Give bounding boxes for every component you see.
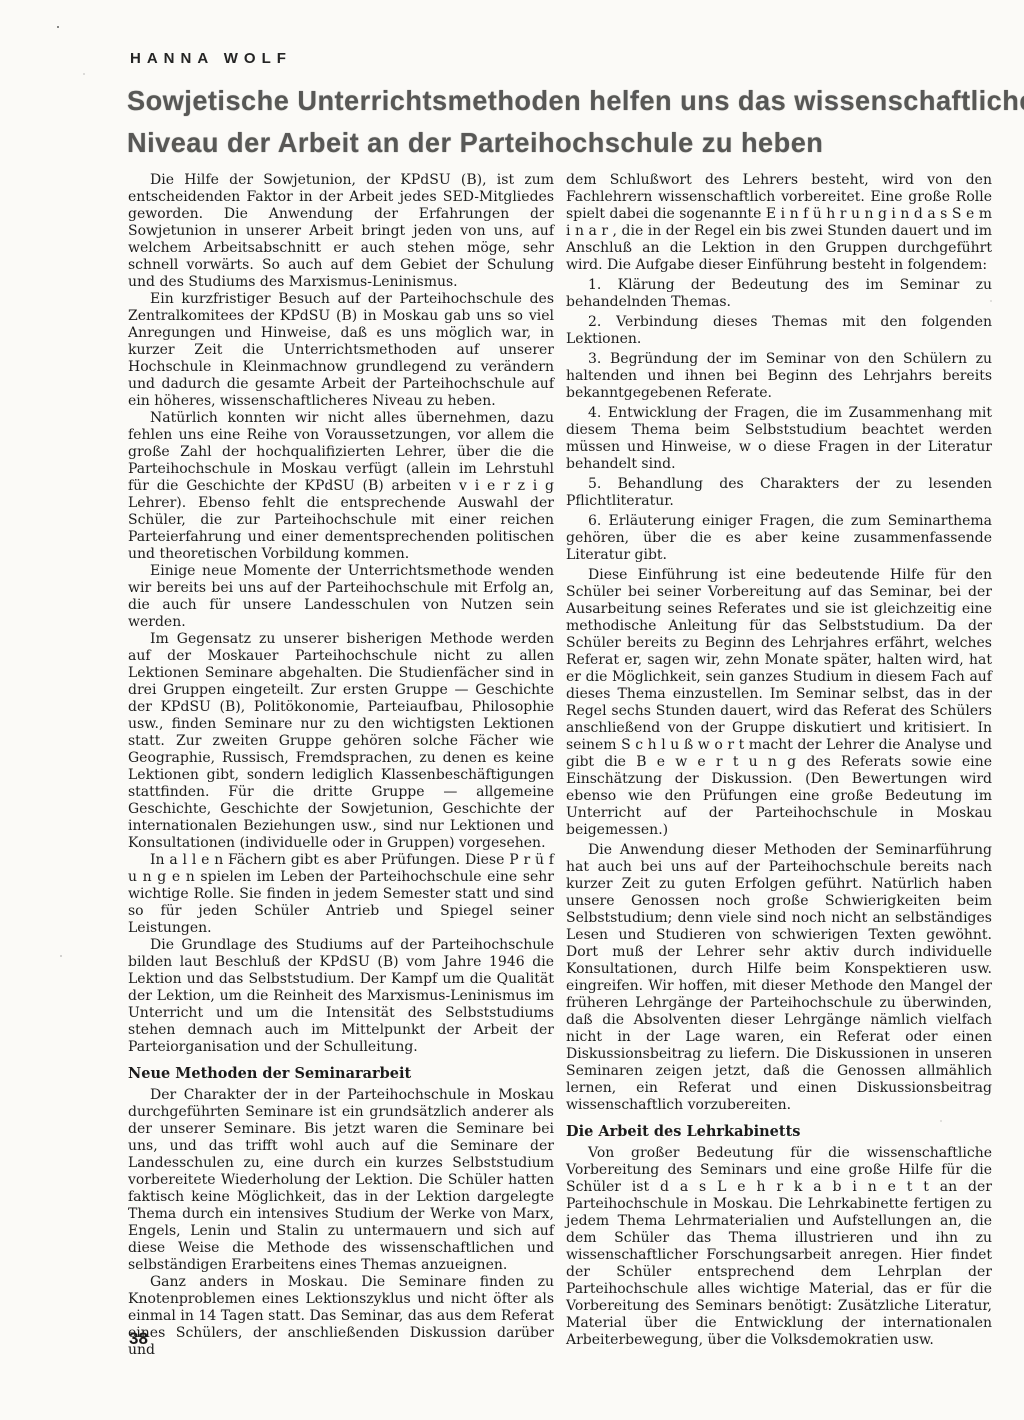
paragraph: Die Hilfe der Sowjetunion, der KPdSU (B)… — [128, 172, 554, 291]
section-heading-seminararbeit: Neue Methoden der Seminararbeit — [128, 1065, 554, 1082]
paragraph: Einige neue Momente der Unterrichtsmetho… — [128, 563, 554, 631]
list-item: 4. Entwicklung der Fragen, die im Zusamm… — [566, 405, 992, 473]
paragraph: In a l l e n Fächern gibt es aber Prüfun… — [128, 852, 554, 937]
list-item: 1. Klärung der Bedeutung des im Seminar … — [566, 277, 992, 311]
article-title-line-1: Sowjetische Unterrichtsmethoden helfen u… — [127, 80, 981, 122]
list-item: 2. Verbindung dieses Themas mit den folg… — [566, 314, 992, 348]
paragraph: Der Charakter der in der Parteihochschul… — [128, 1087, 554, 1274]
paragraph: Natürlich konnten wir nicht alles überne… — [128, 410, 554, 563]
list-item: 6. Erläuterung einiger Fragen, die zum S… — [566, 513, 992, 564]
paragraph: Die Anwendung dieser Methoden der Semina… — [566, 842, 992, 1114]
section-heading-lehrkabinett: Die Arbeit des Lehrkabinetts — [566, 1123, 992, 1140]
list-item: 5. Behandlung des Charakters der zu lese… — [566, 476, 992, 510]
paragraph: dem Schlußwort des Lehrers besteht, wird… — [566, 172, 992, 274]
article-title-line-2: Niveau der Arbeit an der Parteihochschul… — [127, 122, 981, 164]
list-item: 3. Begründung der im Seminar von den Sch… — [566, 351, 992, 402]
left-column: Die Hilfe der Sowjetunion, der KPdSU (B)… — [128, 172, 554, 1359]
paragraph: Von großer Bedeutung für die wissenschaf… — [566, 1145, 992, 1349]
scan-speckles — [0, 0, 2, 2]
page-number: 38 — [129, 1329, 148, 1349]
paragraph: Im Gegensatz zu unserer bisherigen Metho… — [128, 631, 554, 852]
scanned-document-page: HANNA WOLF Sowjetische Unterrichtsmethod… — [0, 0, 1024, 1420]
right-column: dem Schlußwort des Lehrers besteht, wird… — [566, 172, 992, 1349]
article-title: Sowjetische Unterrichtsmethoden helfen u… — [127, 80, 981, 164]
author-name: HANNA WOLF — [130, 50, 292, 67]
paragraph: Diese Einführung ist eine bedeutende Hil… — [566, 567, 992, 839]
paragraph: Ein kurzfristiger Besuch auf der Parteih… — [128, 291, 554, 410]
paragraph: Die Grundlage des Studiums auf der Parte… — [128, 937, 554, 1056]
paragraph: Ganz anders in Moskau. Die Seminare find… — [128, 1274, 554, 1359]
